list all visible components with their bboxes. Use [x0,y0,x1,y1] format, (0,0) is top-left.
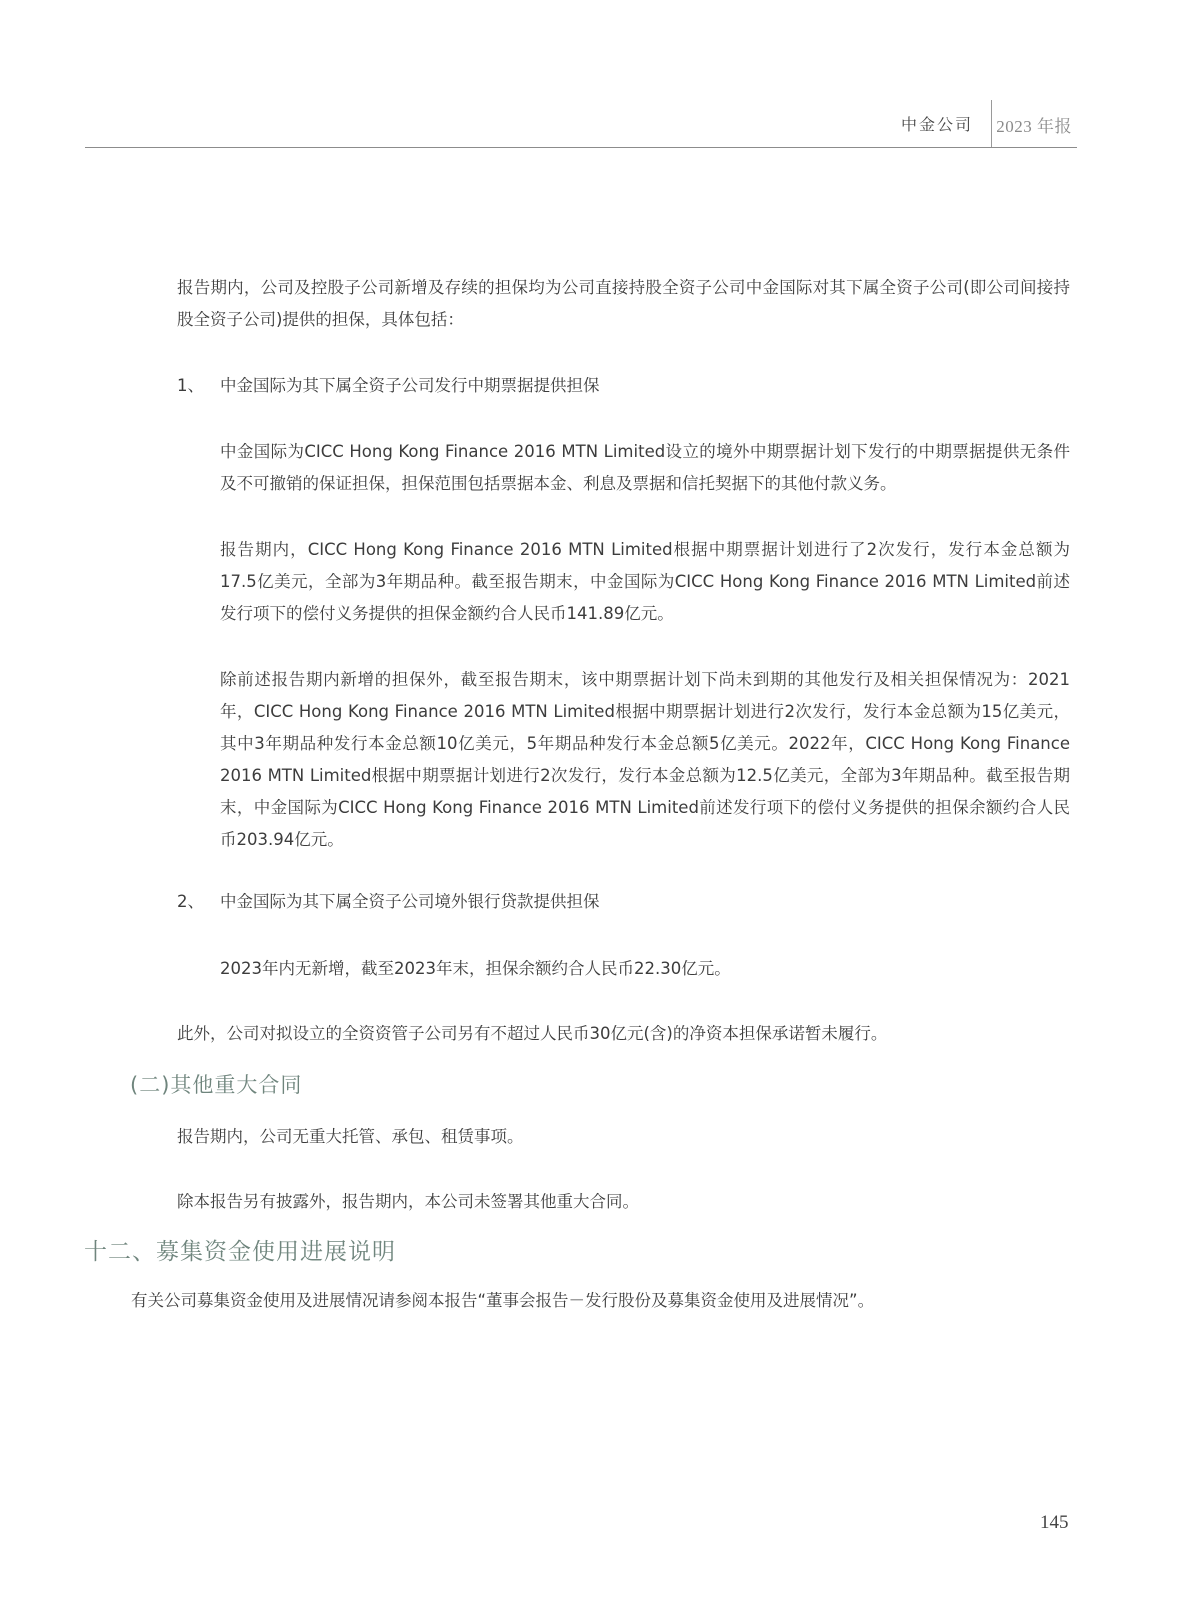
section-12-heading: 十二、募集资金使用进展说明 [84,1236,396,1268]
additional-commitment-paragraph: 此外，公司对拟设立的全资资管子公司另有不超过人民币30亿元(含)的净资本担保承诺… [177,1018,1070,1050]
other-contracts-heading: (二)其他重大合同 [130,1070,302,1100]
page-header: 中金公司 2023 年报 [85,100,1077,148]
item-1-number: 1、 [177,370,204,402]
intro-paragraph: 报告期内，公司及控股子公司新增及存续的担保均为公司直接持股全资子公司中金国际对其… [177,272,1070,336]
item-2-paragraph-1: 2023年内无新增，截至2023年末，担保余额约合人民币22.30亿元。 [220,953,1070,985]
header-divider [991,100,992,147]
header-company-name: 中金公司 [901,112,973,135]
other-contracts-paragraph-1: 报告期内，公司无重大托管、承包、租赁事项。 [177,1121,1070,1153]
item-2-title: 中金国际为其下属全资子公司境外银行贷款提供担保 [220,886,600,918]
item-1-paragraph-1: 中金国际为CICC Hong Kong Finance 2016 MTN Lim… [220,436,1070,500]
item-1-paragraph-2: 报告期内，CICC Hong Kong Finance 2016 MTN Lim… [220,534,1070,630]
item-2-number: 2、 [177,886,204,918]
header-report-title: 2023 年报 [996,112,1072,137]
other-contracts-paragraph-2: 除本报告另有披露外，报告期内，本公司未签署其他重大合同。 [177,1186,1070,1218]
page-number: 145 [1040,1512,1069,1534]
item-1-paragraph-3: 除前述报告期内新增的担保外，截至报告期末，该中期票据计划下尚未到期的其他发行及相… [220,664,1070,856]
item-1-title: 中金国际为其下属全资子公司发行中期票据提供担保 [220,370,600,402]
section-12-paragraph: 有关公司募集资金使用及进展情况请参阅本报告“董事会报告－发行股份及募集资金使用及… [131,1285,1081,1317]
